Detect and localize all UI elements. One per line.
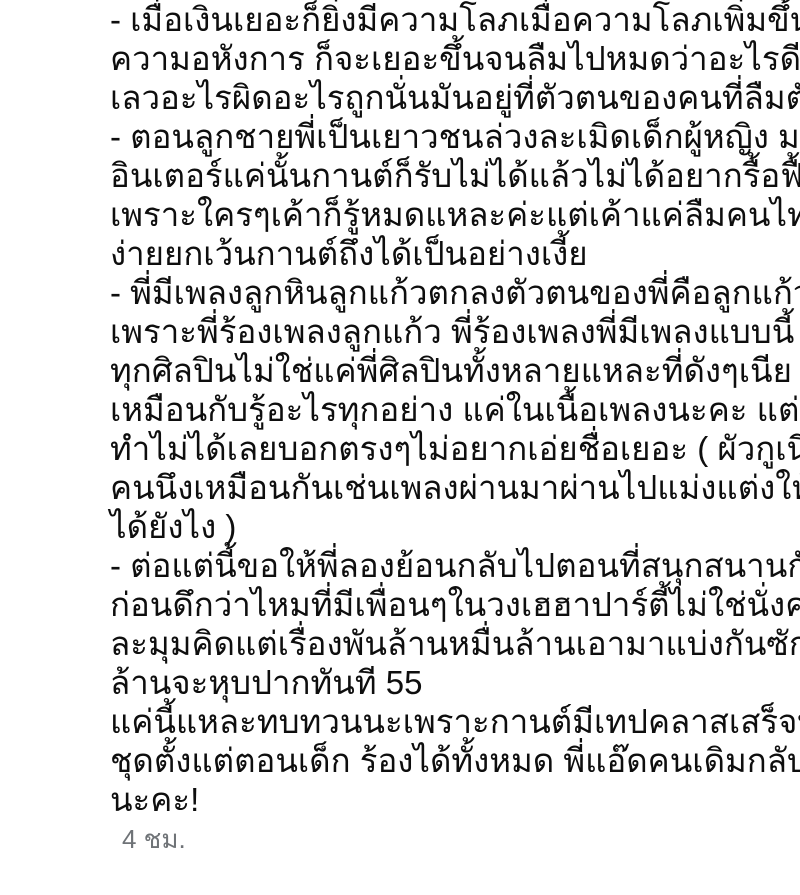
post-screenshot: - เมื่อเงินเยอะก็ยิ่งมีความโลภเมื่อความโ… [0, 0, 800, 895]
post-text-line: ทุกศิลปินไม่ใช่แค่พี่ศิลปินทั้งหลายแหละท… [110, 351, 798, 390]
post-text-line: เหมือนกับรู้อะไรทุกอย่าง แค่ในเนื้อเพลงน… [110, 390, 798, 429]
post-text-line: นะคะ! [110, 780, 798, 819]
post-text-line: อินเตอร์แค่นั้นกานต์ก็รับไม่ได้แล้วไม่ได… [110, 156, 798, 195]
post-text-line: แค่นี้แหละทบทวนนะเพราะกานต์มีเทปคลาสเสร็… [110, 702, 798, 741]
post-text-line: ก่อนดึกว่าไหมที่มีเพื่อนๆในวงเฮฮาปาร์ตี้… [110, 585, 798, 624]
post-text-line: เพราะพี่ร้องเพลงลูกแก้ว พี่ร้องเพลงพี่มี… [110, 312, 798, 351]
post-text-line: ง่ายยกเว้นกานต์ถึงได้เป็นอย่างเงี้ย [110, 234, 798, 273]
post-text-line: ชุดตั้งแต่ตอนเด็ก ร้องได้ทั้งหมด พี่แอ๊ด… [110, 741, 798, 780]
post-text-line: เลวอะไรผิดอะไรถูกนั่นมันอยู่ที่ตัวตนของค… [110, 78, 798, 117]
post-text-line: ได้ยังไง ) [110, 507, 798, 546]
post-text-line: ละมุมคิดแต่เรื่องพันล้านหมื่นล้านเอามาแบ… [110, 624, 798, 663]
post-timestamp[interactable]: 4 ชม. [122, 824, 186, 854]
post-text-line: ความอหังการ ก็จะเยอะขึ้นจนลืมไปหมดว่าอะไ… [110, 39, 798, 78]
post-text-line: - ต่อแต่นี้ขอให้พี่ลองย้อนกลับไปตอนที่สน… [110, 546, 798, 585]
post-text-line: - ตอนลูกชายพี่เป็นเยาวชนล่วงละเมิดเด็กผู… [110, 117, 798, 156]
post-text-line: - พี่มีเพลงลูกหินลูกแก้วตกลงตัวตนของพี่ค… [110, 273, 798, 312]
post-text-line: - เมื่อเงินเยอะก็ยิ่งมีความโลภเมื่อความโ… [110, 0, 798, 39]
post-text-line: คนนึงเหมือนกันเช่นเพลงผ่านมาผ่านไปแม่งแต… [110, 468, 798, 507]
post-text-line: เพราะใครๆเค้าก็รู้หมดแหละค่ะแต่เค้าแค่ลื… [110, 195, 798, 234]
post-text-line: ทำไม่ได้เลยบอกตรงๆไม่อยากเอ่ยชื่อเยอะ ( … [110, 429, 798, 468]
post-text-line: ล้านจะหุบปากทันที 55 [110, 663, 798, 702]
post-body-text: - เมื่อเงินเยอะก็ยิ่งมีความโลภเมื่อความโ… [110, 0, 798, 819]
